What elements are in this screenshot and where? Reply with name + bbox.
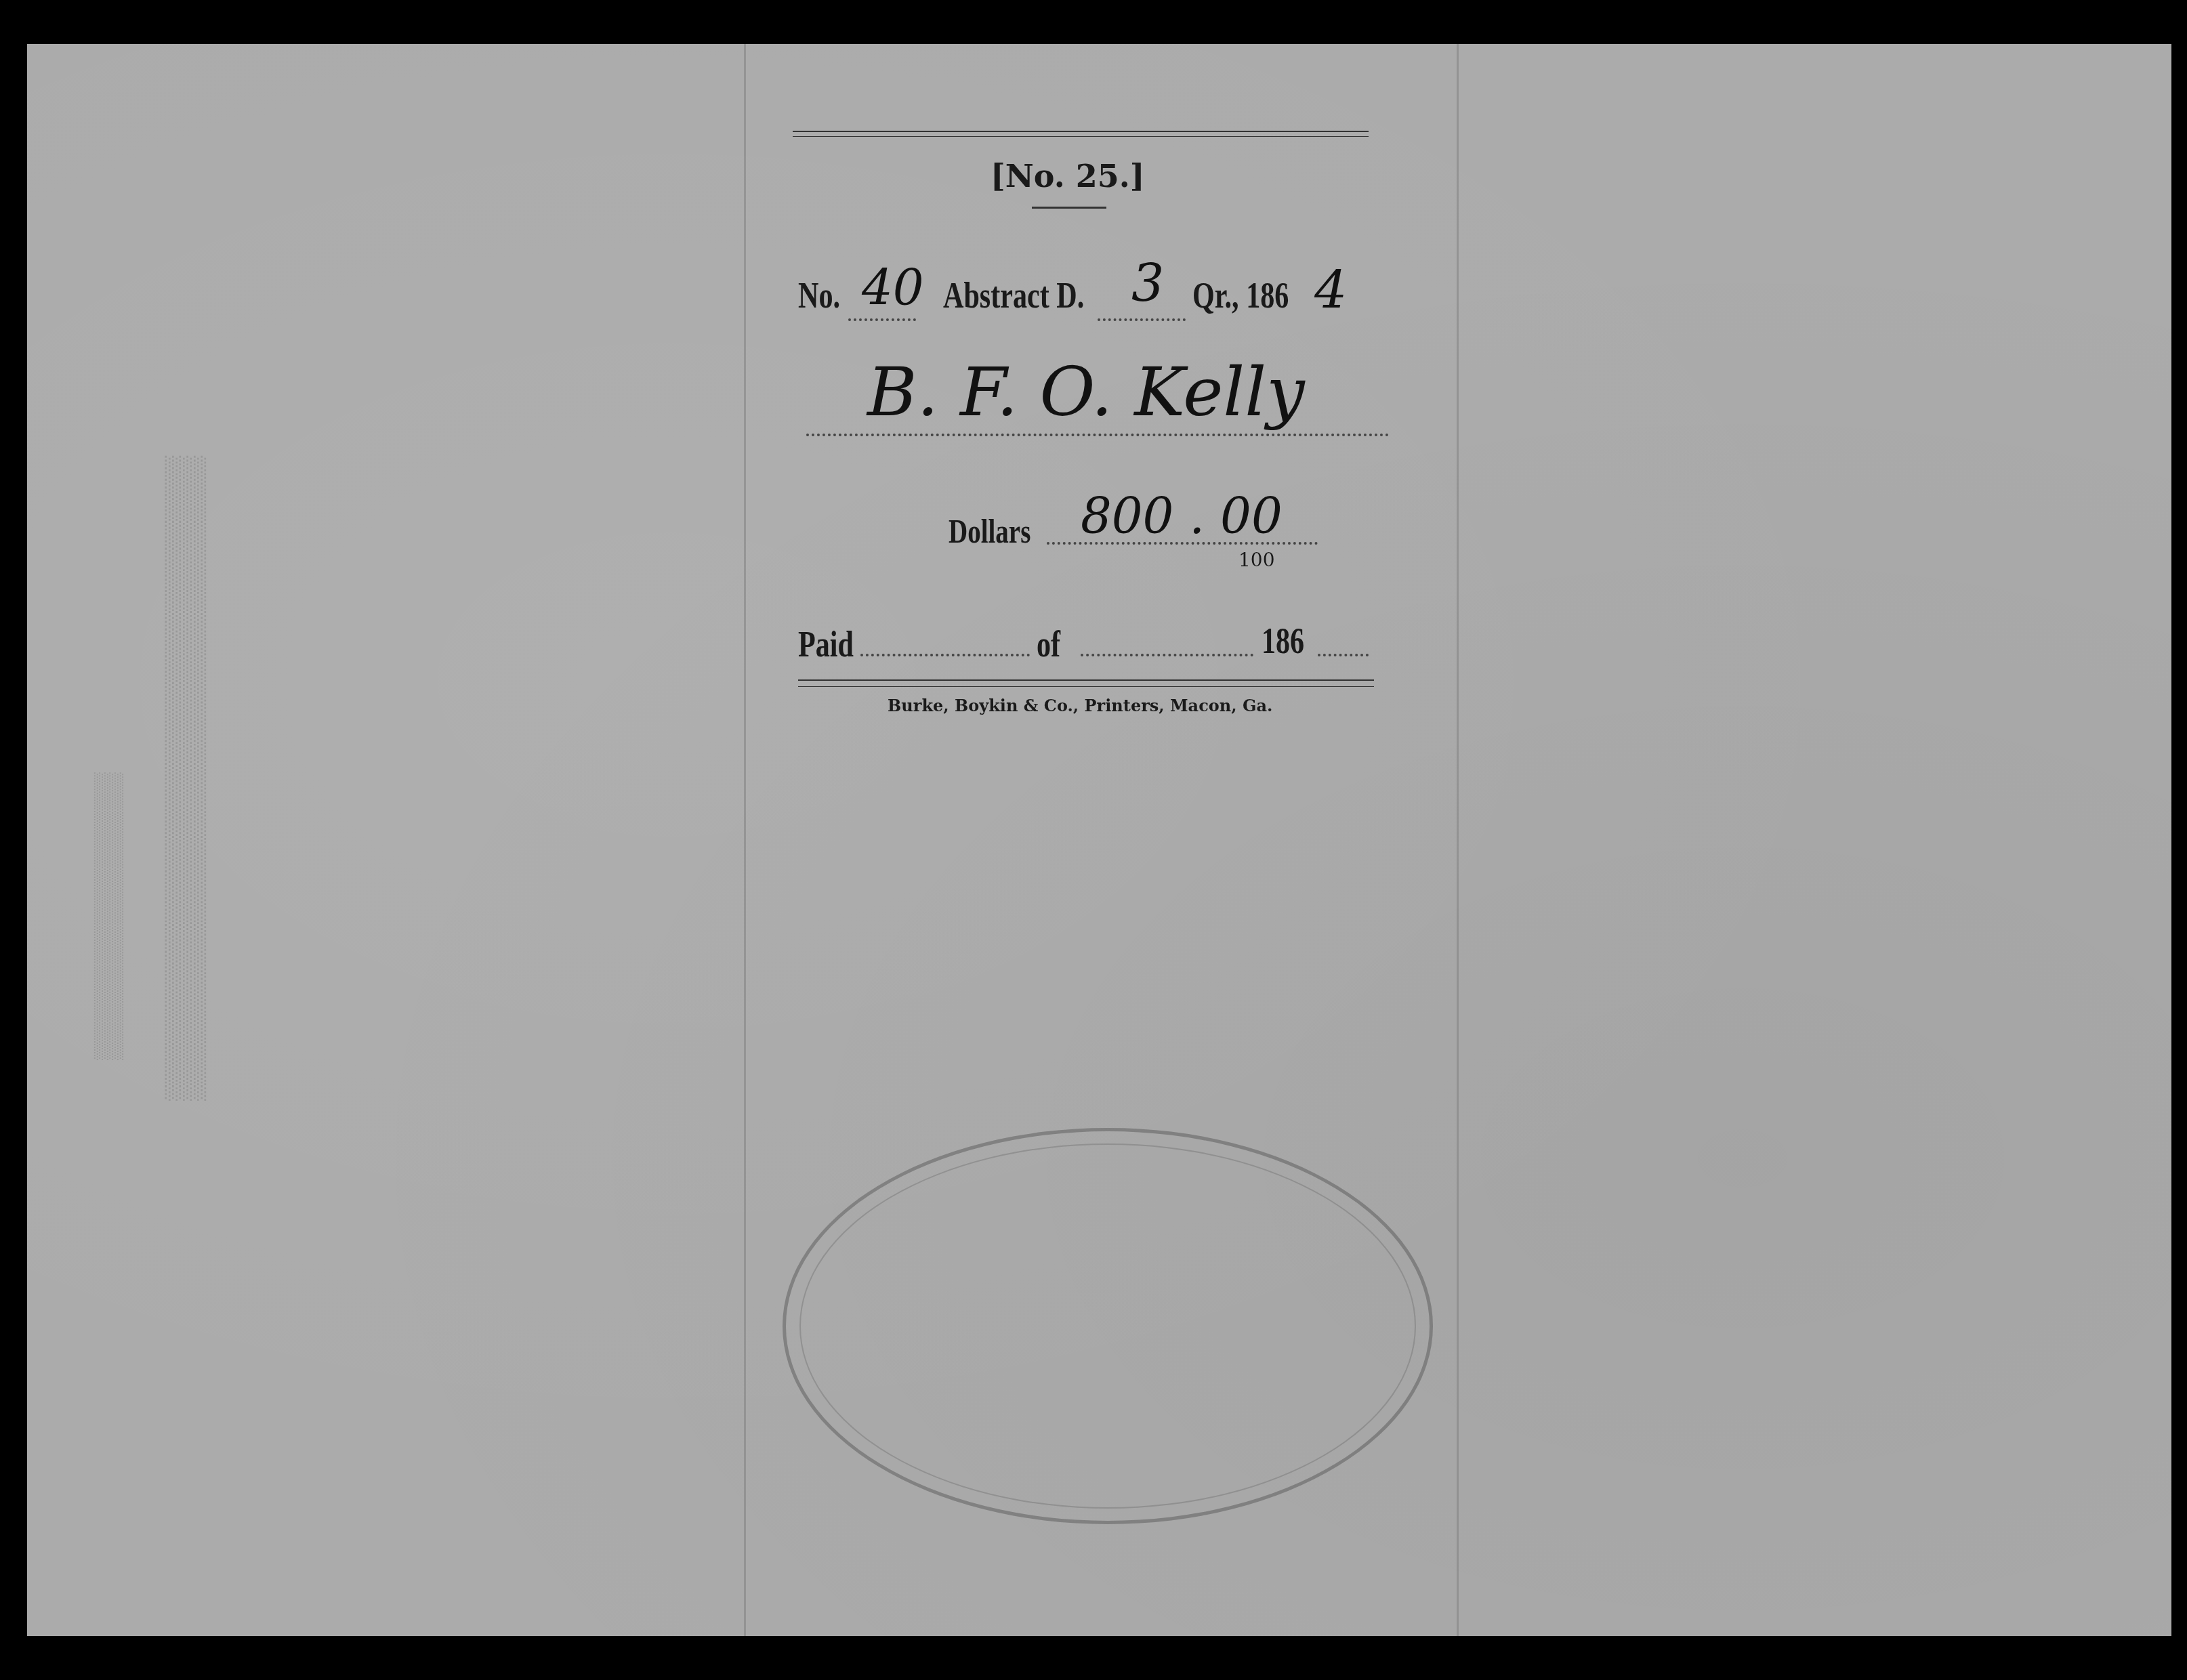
year-label: 186 [1262, 620, 1304, 662]
of-dots [1081, 654, 1253, 656]
embossed-seal-stamp [783, 1128, 1433, 1524]
bleed-through-text-2: ▒▒▒▒▒▒▒▒▒▒▒▒▒▒▒ [91, 772, 123, 1060]
year-dots [1318, 654, 1369, 656]
of-label: of [1037, 623, 1060, 665]
no-label: No. [798, 274, 840, 316]
no-value: 40 [862, 259, 924, 316]
fold-line-right [1457, 44, 1459, 1636]
cents-denominator: 100 [1238, 549, 1274, 571]
paid-dots [860, 654, 1030, 656]
dollars-label: Dollars [949, 511, 1030, 551]
quarter-value: 4 [1314, 259, 1347, 320]
top-rule [793, 131, 1369, 132]
bottom-rule-2 [798, 686, 1374, 687]
abstract-dots [1098, 318, 1186, 321]
dollars-value: 800 . 00 [1081, 488, 1283, 545]
paid-label: Paid [798, 623, 854, 665]
seal-inner-ring [799, 1143, 1416, 1509]
printer-credit: Burke, Boykin & Co., Printers, Macon, Ga… [888, 696, 1272, 715]
fold-line-left [744, 44, 746, 1636]
payee-dots [806, 434, 1389, 436]
quarter-label: Qr., 186 [1192, 274, 1289, 316]
abstract-value: 3 [1131, 253, 1164, 313]
document-paper: ▒▒▒▒▒▒▒▒▒▒▒▒▒▒▒▒▒▒▒▒▒▒▒▒ ▒▒▒▒▒▒▒▒▒▒▒▒▒▒▒… [27, 44, 2171, 1636]
bleed-through-text: ▒▒▒▒▒▒▒▒▒▒▒▒▒▒▒▒▒▒▒▒▒▒▒▒ [163, 456, 206, 1101]
no-dots [848, 318, 916, 321]
payee-signature: B. F. O. Kelly [867, 352, 1305, 432]
ornament-rule [1032, 207, 1106, 209]
form-number: [No. 25.] [991, 158, 1145, 194]
abstract-label: Abstract D. [943, 274, 1084, 316]
top-rule-2 [793, 136, 1369, 137]
bottom-rule [798, 679, 1374, 681]
